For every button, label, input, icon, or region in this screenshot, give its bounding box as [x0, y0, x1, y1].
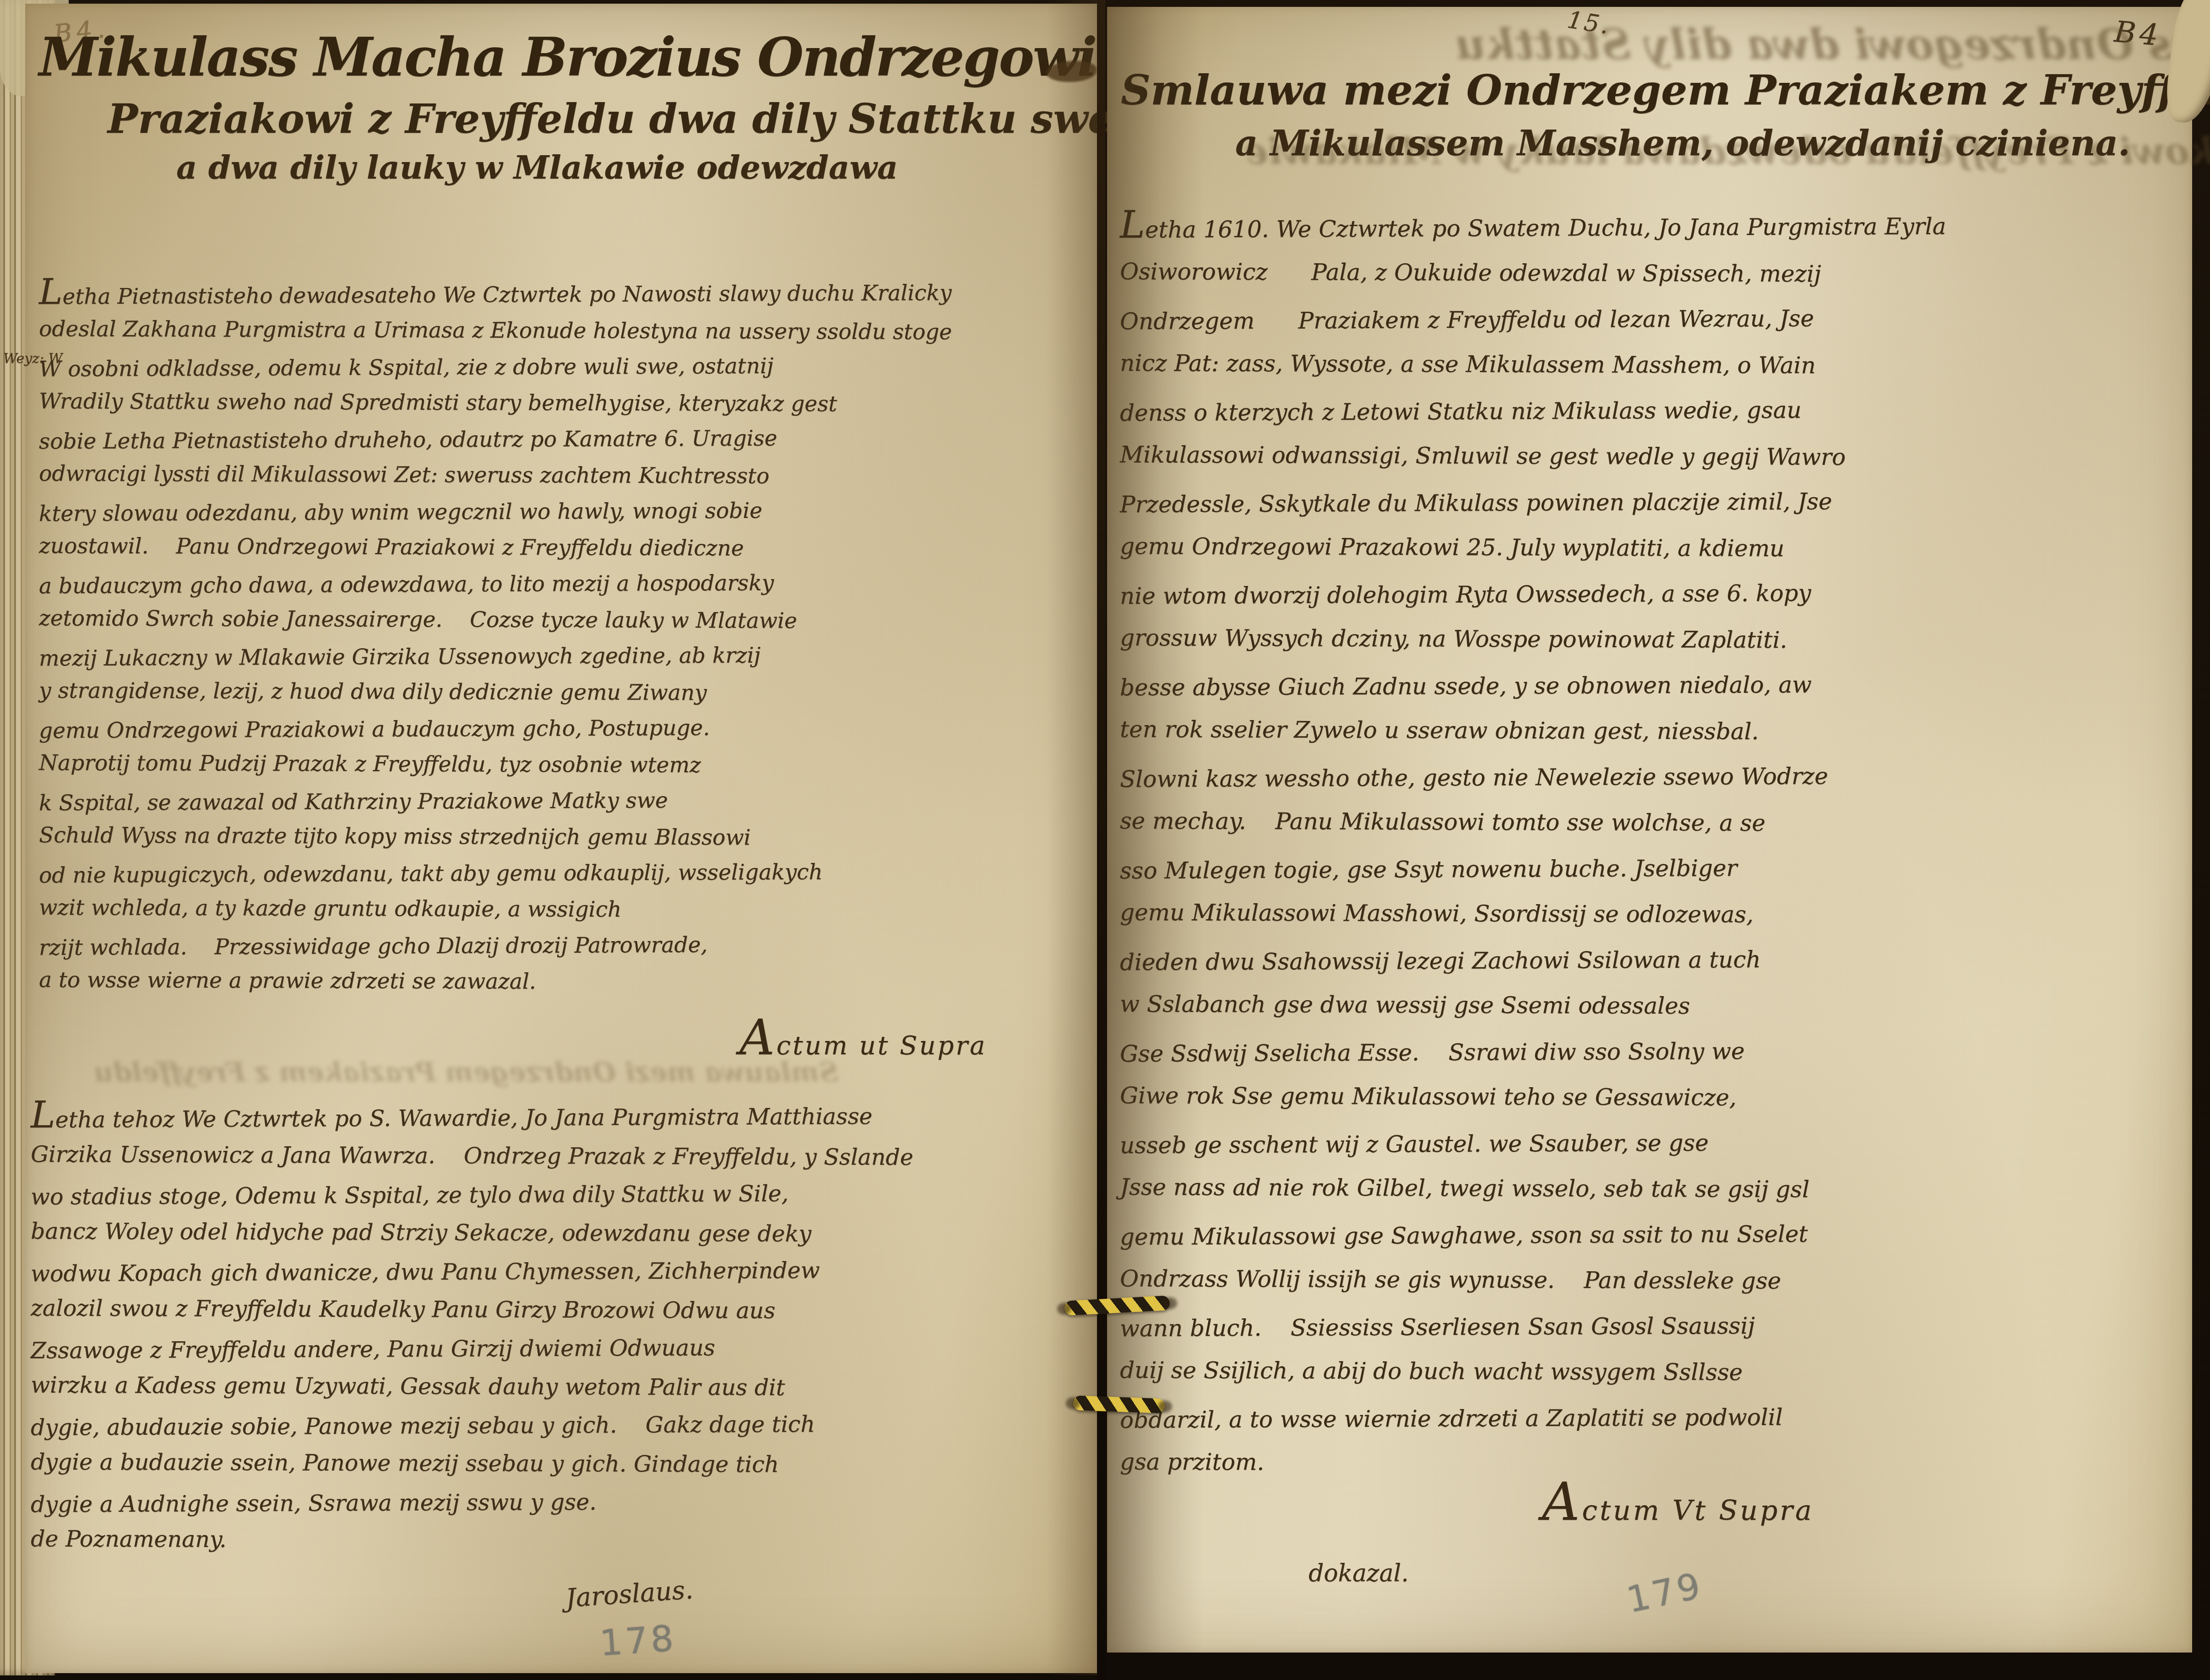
- manuscript-text-line: Slowni kasz wessho othe, gesto nie Newel…: [1120, 752, 2187, 802]
- manuscript-text-line: gemu Mikulassowi gse Sawghawe, sson sa s…: [1120, 1209, 2187, 1260]
- book-gutter: [1097, 0, 1105, 1680]
- manuscript-text-line: a to wsse wierne a prawie zdrzeti se zaw…: [39, 962, 1092, 1002]
- left-heading-line-2: Praziakowi z Freyffeldu dwa dily Stattku…: [108, 92, 1170, 146]
- ink-bleedthrough: Smlauwa mezi Ondrzegem Praziakem z Freyf…: [94, 1057, 838, 1088]
- manuscript-text-line: Letha 1610. We Cztwrtek po Swatem Duchu,…: [1120, 202, 2187, 253]
- right-heading-line-1: Smlauwa mezi Ondrzegem Praziakem z Freyf…: [1121, 61, 2210, 119]
- manuscript-text-line: usseb ge sschent wij z Gaustel. we Ssaub…: [1120, 1118, 2187, 1168]
- right-page-number: 15.: [1565, 6, 1613, 40]
- manuscript-text-line: y strangidense, lezij, z huod dwa dily d…: [39, 672, 1092, 712]
- manuscript-text-line: w Sslabanch gse dwa wessij gse Ssemi ode…: [1120, 981, 2187, 1030]
- manuscript-text-line: Przedessle, Sskytkale du Mikulass powine…: [1120, 477, 2187, 527]
- manuscript-text-line: sobie Letha Pietnastisteho druheho, odau…: [39, 419, 1092, 460]
- manuscript-text-line: Mikulassowi odwanssigi, Smluwil se gest …: [1120, 432, 2187, 481]
- right-body-paragraph: Letha 1610. We Cztwrtek po Swatem Duchu,…: [1120, 205, 2187, 1486]
- manuscript-text-line: ten rok sselier Zywelo u sseraw obnizan …: [1120, 706, 2187, 756]
- manuscript-text-line: Ondrzass Wollij issijh se gis wynusse. P…: [1120, 1256, 2187, 1305]
- manuscript-text-line: zetomido Swrch sobie Janessairerge. Cozs…: [39, 600, 1092, 640]
- manuscript-photo: B4. Smlauwa mezi Ondrzegem Praziakem z F…: [0, 0, 2210, 1680]
- manuscript-text-line: se mechay. Panu Mikulassowi tomto sse wo…: [1120, 798, 2187, 847]
- right-page: 15. B4 Mikulass Macha Brozius Ondrzegowi…: [1107, 7, 2192, 1653]
- manuscript-text-line: Schuld Wyss na drazte tijto kopy miss st…: [39, 817, 1092, 857]
- manuscript-text-line: Osiworowicz Pala, z Oukuide odewzdal w S…: [1120, 249, 2187, 298]
- manuscript-text-line: Wradily Stattku sweho nad Spredmisti sta…: [39, 383, 1092, 423]
- manuscript-text-line: a budauczym gcho dawa, a odewzdawa, to l…: [39, 564, 1092, 604]
- manuscript-text-line: Gse Ssdwij Sselicha Esse. Ssrawi diw sso…: [1120, 1026, 2187, 1077]
- manuscript-text-line: ktery slowau odezdanu, aby wnim wegcznil…: [39, 491, 1092, 532]
- manuscript-text-line: gemu Ondrzegowi Prazakowi 25. July wypla…: [1120, 523, 2187, 573]
- manuscript-text-line: odwracigi lyssti dil Mikulassowi Zet: sw…: [39, 455, 1092, 495]
- manuscript-text-line: k Sspital, se zawazal od Kathrziny Prazi…: [39, 780, 1092, 821]
- gutter-shadow: [1046, 0, 1099, 1675]
- manuscript-text-line: gemu Mikulassowi Masshowi, Ssordissij se…: [1120, 889, 2187, 939]
- manuscript-text-line: sso Mulegen togie, gse Ssyt nowenu buche…: [1120, 843, 2187, 894]
- left-heading-line-3: a dwa dily lauky w Mlakawie odewzdawa: [176, 146, 1170, 189]
- manuscript-text-line: denss o kterzych z Letowi Statku niz Mik…: [1120, 385, 2187, 436]
- manuscript-text-line: wzit wchleda, a ty kazde gruntu odkaupie…: [39, 889, 1092, 929]
- left-pencil-folio-number: 178: [598, 1618, 678, 1664]
- manuscript-text-line: dygie a budauzie ssein, Panowe mezij sse…: [31, 1443, 1093, 1485]
- manuscript-text-line: wodwu Kopach gich dwanicze, dwu Panu Chy…: [31, 1250, 1093, 1293]
- left-page: B4. Smlauwa mezi Ondrzegem Praziakem z F…: [25, 4, 1099, 1673]
- manuscript-text-line: dygie, abudauzie sobie, Panowe mezij seb…: [31, 1404, 1093, 1447]
- right-pencil-folio-number: 179: [1623, 1565, 1706, 1621]
- manuscript-text-line: dygie a Audnighe ssein, Ssrawa mezij ssw…: [31, 1481, 1093, 1524]
- manuscript-text-line: wann bluch. Ssiessiss Sserliesen Ssan Gs…: [1120, 1301, 2187, 1351]
- manuscript-text-line: gsa przitom.: [1120, 1439, 2187, 1488]
- manuscript-text-line: Giwe rok Sse gemu Mikulassowi teho se Ge…: [1120, 1073, 2187, 1122]
- left-actum-note: Actum ut Supra: [739, 1024, 987, 1061]
- manuscript-text-line: dieden dwu Ssahowssij lezegi Zachowi Ssi…: [1120, 935, 2187, 985]
- manuscript-text-line: nie wtom dworzij dolehogim Ryta Owssedec…: [1120, 569, 2187, 619]
- left-body-paragraph-1: Letha Pietnastisteho dewadesateho We Czt…: [39, 276, 1092, 1000]
- right-heading: Smlauwa mezi Ondrzegem Praziakem z Freyf…: [1121, 61, 2210, 167]
- manuscript-text-line: wirzku a Kadess gemu Uzywati, Gessak dau…: [31, 1366, 1093, 1408]
- manuscript-text-line: gemu Ondrzegowi Praziakowi a budauczym g…: [39, 708, 1092, 749]
- manuscript-text-line: grossuw Wyssych dcziny, na Wosspe powino…: [1120, 615, 2187, 664]
- left-heading: Mikulass Macha Brozius Ondrzegowi Prazia…: [39, 23, 1170, 189]
- manuscript-text-line: Letha tehoz We Cztwrtek po S. Wawardie, …: [31, 1096, 1093, 1139]
- manuscript-text-line: od nie kupugiczych, odewzdanu, takt aby …: [39, 853, 1092, 894]
- manuscript-text-line: zalozil swou z Freyffeldu Kaudelky Panu …: [31, 1289, 1093, 1331]
- manuscript-text-line: Naprotij tomu Pudzij Prazak z Freyffeldu…: [39, 745, 1092, 785]
- left-closing-word: Jaroslaus.: [565, 1575, 694, 1613]
- manuscript-text-line: rzijt wchlada. Przessiwidage gcho Dlazij…: [39, 925, 1092, 966]
- manuscript-text-line: Girzika Ussenowicz a Jana Wawrza. Ondrze…: [31, 1135, 1093, 1177]
- manuscript-text-line: mezij Lukaczny w Mlakawie Girzika Usseno…: [39, 636, 1092, 677]
- manuscript-text-line: duij se Ssijlich, a abij do buch wacht w…: [1120, 1347, 2187, 1397]
- manuscript-text-line: Ondrzegem Praziakem z Freyffeldu od leza…: [1120, 294, 2187, 344]
- manuscript-text-line: odeslal Zakhana Purgmistra a Urimasa z E…: [39, 311, 1092, 351]
- manuscript-text-line: wo stadius stoge, Odemu k Sspital, ze ty…: [31, 1173, 1093, 1216]
- manuscript-text-line: zuostawil. Panu Ondrzegowi Praziakowi z …: [39, 528, 1092, 568]
- manuscript-text-line: de Poznamenany.: [31, 1520, 1093, 1562]
- right-closing-word: dokazal.: [1309, 1560, 1409, 1587]
- right-heading-line-2: a Mikulassem Masshem, odewzdanij czinien…: [1235, 119, 2210, 167]
- manuscript-text-line: obdarzil, a to wsse wiernie zdrzeti a Za…: [1120, 1393, 2187, 1443]
- left-heading-line-1: Mikulass Macha Brozius Ondrzegowi: [39, 23, 1170, 92]
- manuscript-text-line: bancz Woley odel hidyche pad Strziy Seka…: [31, 1212, 1093, 1254]
- manuscript-text-line: Jsse nass ad nie rok Gilbel, twegi wssel…: [1120, 1164, 2187, 1214]
- right-folio-mark: B4: [2113, 15, 2163, 53]
- manuscript-text-line: Zssawoge z Freyffeldu andere, Panu Girzi…: [31, 1327, 1093, 1370]
- manuscript-text-line: W osobni odkladsse, odemu k Sspital, zie…: [39, 347, 1092, 387]
- manuscript-text-line: nicz Pat: zass, Wyssote, a sse Mikulasse…: [1120, 340, 2187, 390]
- manuscript-text-line: besse abysse Giuch Zadnu ssede, y se obn…: [1120, 660, 2187, 710]
- left-body-paragraph-2: Letha tehoz We Cztwrtek po S. Wawardie, …: [31, 1099, 1093, 1560]
- right-actum-note: Actum Vt Supra: [1542, 1486, 1814, 1527]
- manuscript-text-line: Letha Pietnastisteho dewadesateho We Czt…: [39, 274, 1092, 315]
